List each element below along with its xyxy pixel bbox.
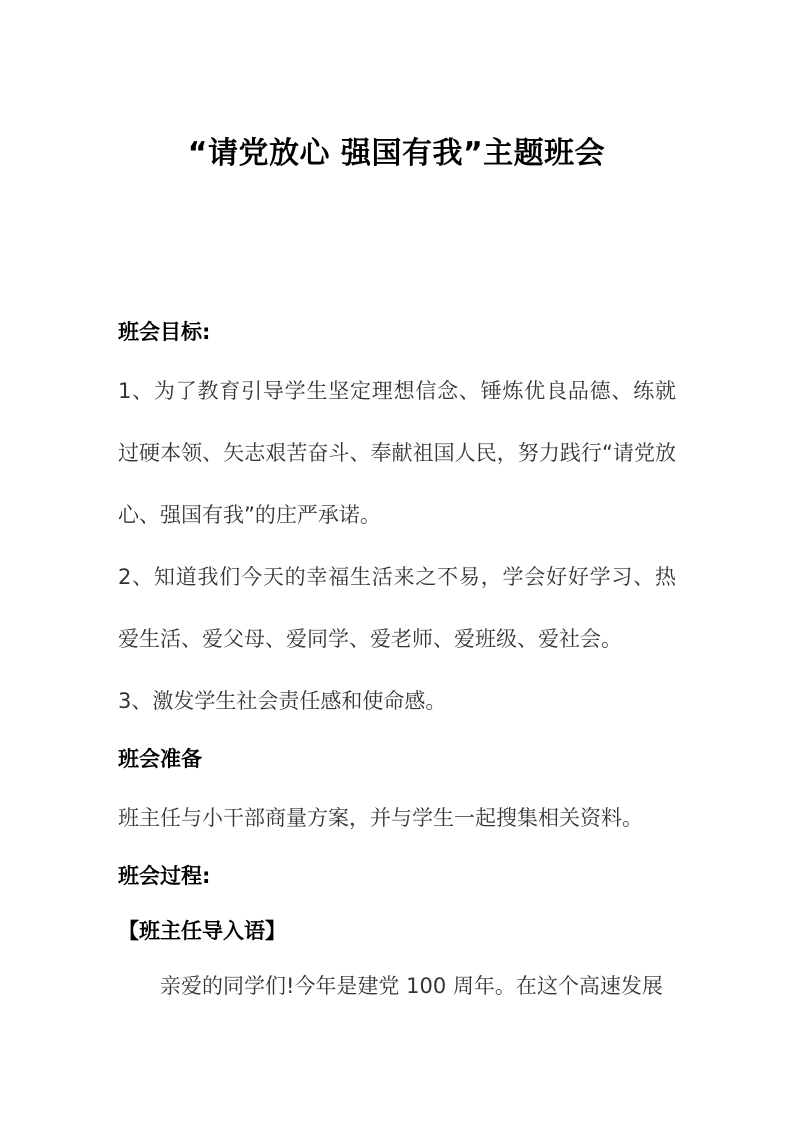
document-page: “请党放心 强国有我”主题班会 班会目标: 1、为了教育引导学生坚定理想信念、锤… (0, 0, 793, 1122)
document-body: 班会目标: 1、为了教育引导学生坚定理想信念、锤炼优良品德、练就过硬本领、矢志艰… (118, 305, 676, 1014)
document-title: “请党放心 强国有我”主题班会 (0, 0, 793, 172)
teacher-intro-paragraph: 亲爱的同学们!今年是建党 100 周年。在这个高速发展 (118, 959, 676, 1014)
section-heading-teacher-intro: 【班主任导入语】 (118, 904, 676, 959)
section-heading-preparation: 班会准备 (118, 732, 676, 787)
goal-item-3: 3、激发学生社会责任感和使命感。 (118, 670, 676, 732)
goal-item-2: 2、知道我们今天的幸福生活来之不易，学会好好学习、热爱生活、爱父母、爱同学、爱老… (118, 546, 676, 670)
preparation-paragraph: 班主任与小干部商量方案，并与学生一起搜集相关资料。 (118, 787, 676, 849)
goal-item-1: 1、为了教育引导学生坚定理想信念、锤炼优良品德、练就过硬本领、矢志艰苦奋斗、奉献… (118, 360, 676, 546)
section-heading-process: 班会过程: (118, 849, 676, 904)
section-heading-goals: 班会目标: (118, 305, 676, 360)
